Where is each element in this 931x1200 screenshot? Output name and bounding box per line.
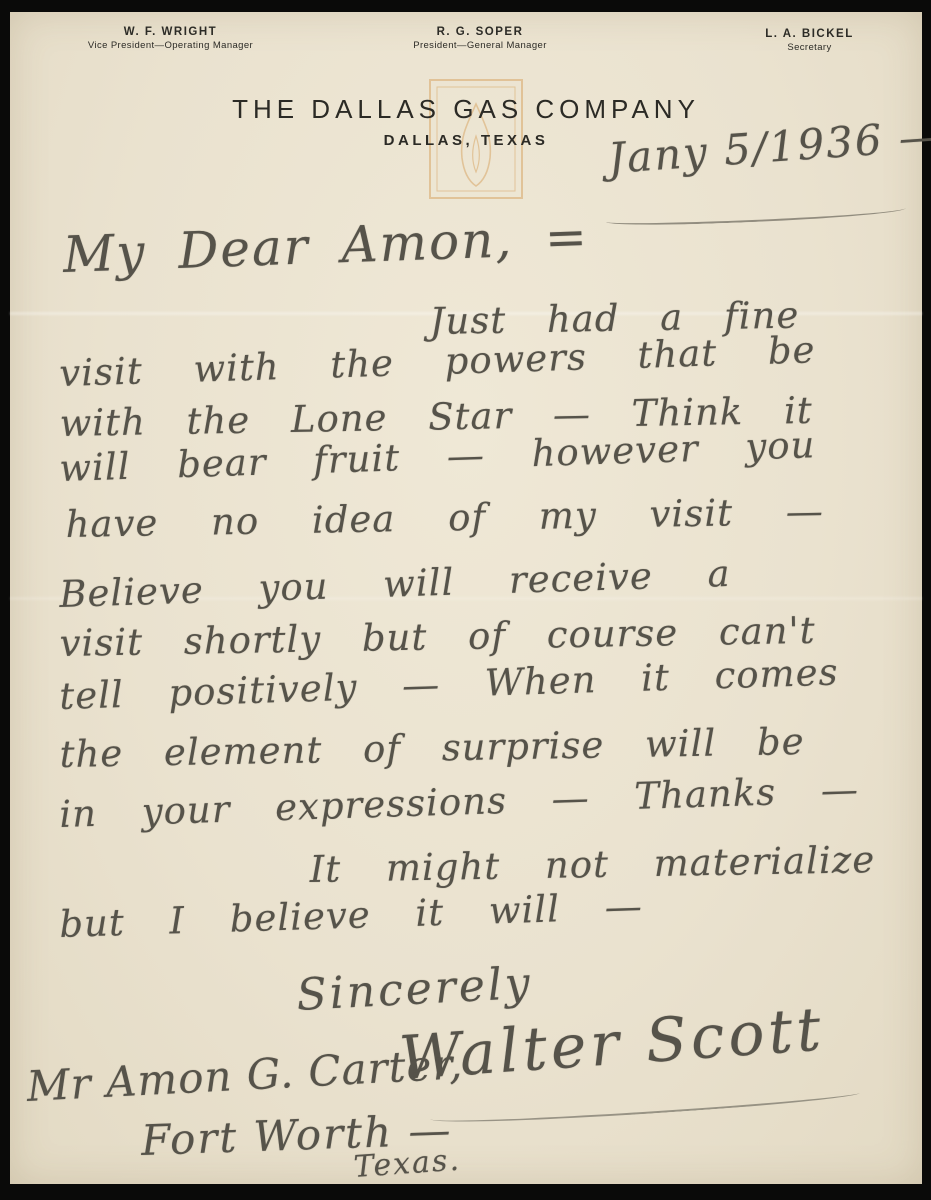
recipient-state: Texas. (353, 1143, 462, 1185)
officer-block-soper: R. G. SOPER President—General Manager (360, 26, 600, 51)
officer-block-bickel: L. A. BICKEL Secretary (722, 28, 897, 53)
body-line: have no idea of my visit — (65, 490, 824, 546)
officer-name: W. F. WRIGHT (58, 26, 283, 38)
officer-title: Secretary (722, 42, 897, 53)
officer-block-wright: W. F. WRIGHT Vice President—Operating Ma… (58, 26, 283, 51)
signature-underline-flourish (430, 1083, 860, 1129)
closing: Sincerely (295, 958, 534, 1021)
body-line: in your expressions — Thanks — (59, 768, 860, 836)
company-name: THE DALLAS GAS COMPANY (10, 94, 922, 125)
officer-name: L. A. BICKEL (722, 28, 897, 40)
officer-title: President—General Manager (360, 40, 600, 51)
officer-title: Vice President—Operating Manager (58, 40, 283, 51)
body-line: Believe you will receive a (59, 552, 732, 616)
scanned-letter-frame: W. F. WRIGHT Vice President—Operating Ma… (0, 0, 931, 1200)
body-line: the element of surprise will be (59, 720, 805, 776)
body-line: It might not materialize (309, 838, 875, 891)
officer-name: R. G. SOPER (360, 26, 600, 38)
letter-paper: W. F. WRIGHT Vice President—Operating Ma… (10, 12, 922, 1184)
salutation: My Dear Amon, = (62, 208, 590, 284)
recipient-name: Mr Amon G. Carter, (25, 1039, 464, 1111)
body-line: but I believe it will — (59, 885, 644, 946)
date-underline-flourish (606, 203, 906, 227)
